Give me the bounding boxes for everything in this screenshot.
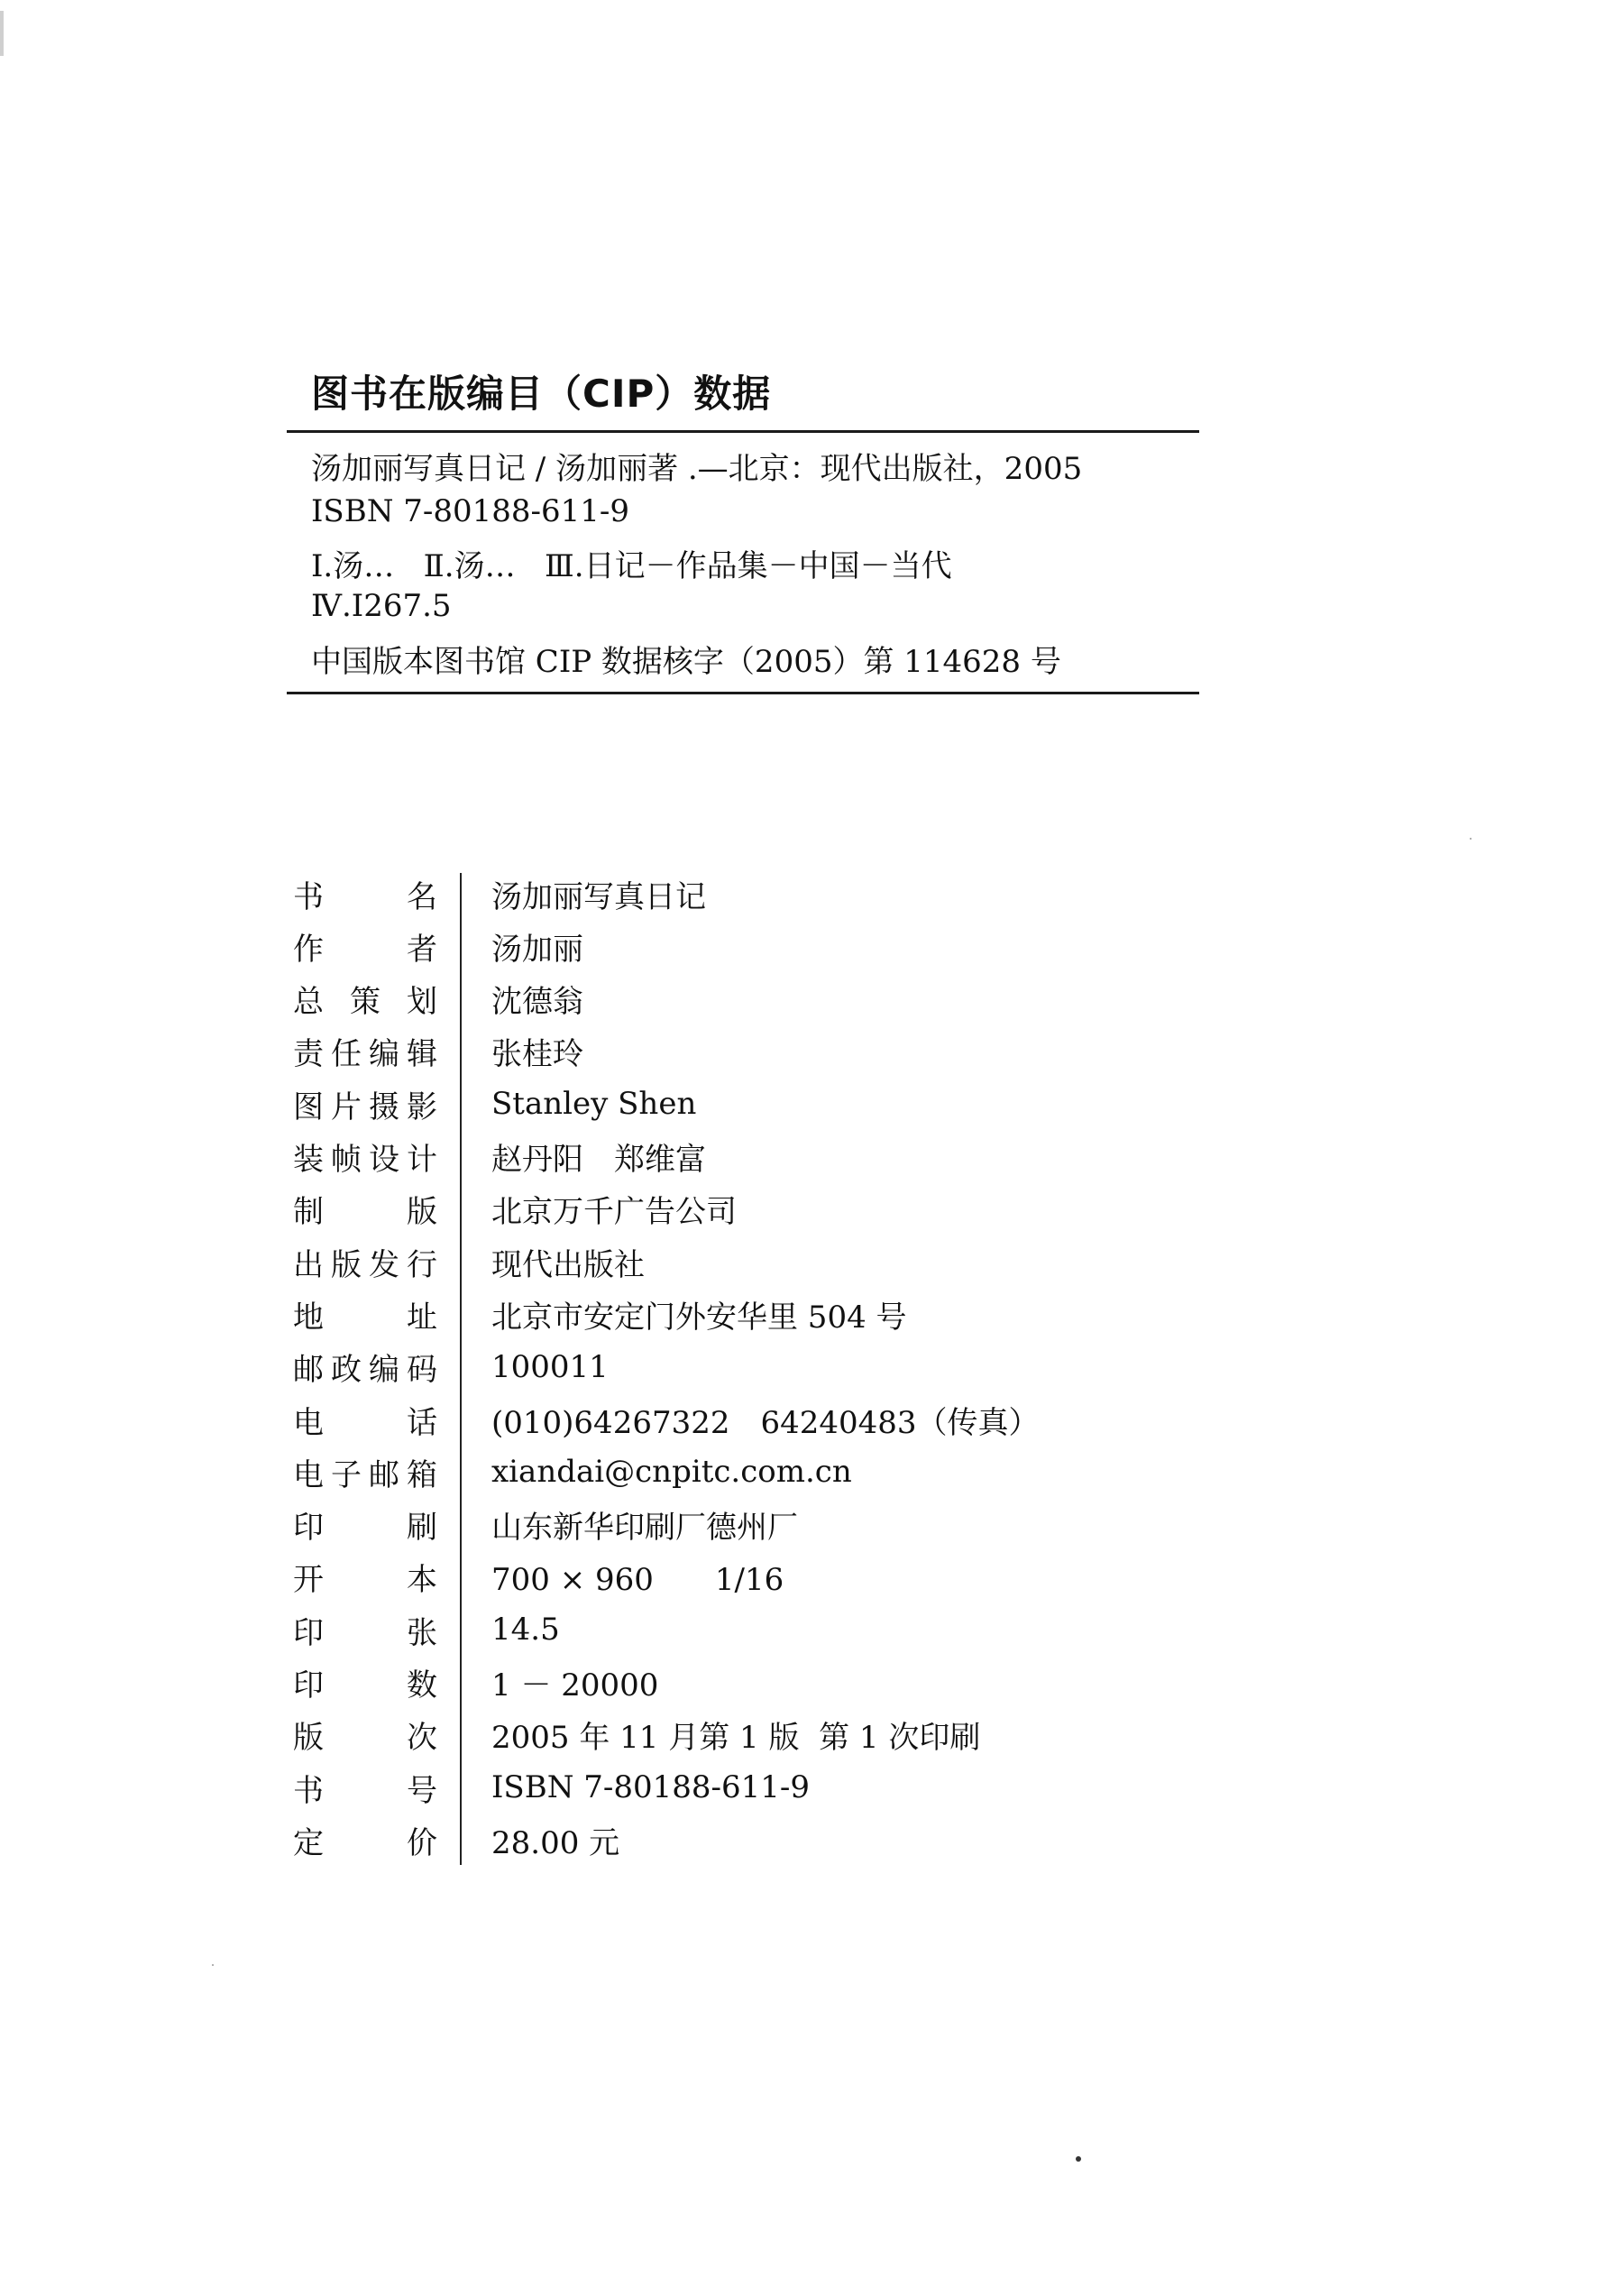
cip-line-classification: Ⅳ.I267.5 [311,588,452,624]
colophon-row: 印张14.5 [293,1603,437,1656]
colophon-value: 北京万千广告公司 [491,1187,737,1231]
colophon-value: (010)64267322 64240483（传真） [491,1398,1040,1442]
colophon-label: 出版发行 [293,1240,437,1284]
label-char: 码 [407,1345,437,1389]
colophon-value: xiandai@cnpitc.com.cn [491,1454,852,1490]
colophon-row: 印数1 － 20000 [293,1657,437,1709]
cip-bottom-rule [287,692,1199,694]
label-char: 出 [293,1240,324,1284]
colophon-row: 定价28.00 元 [293,1814,437,1866]
cip-line-title: 汤加丽写真日记 / 汤加丽著 .—北京：现代出版社，2005 [311,444,1082,488]
cip-line-subjects: Ⅰ.汤… Ⅱ.汤… Ⅲ.日记－作品集－中国－当代 [311,541,952,585]
label-char: 发 [369,1240,399,1284]
colophon-value: 沈德翁 [491,977,583,1021]
colophon-row: 邮政编码100011 [293,1341,437,1393]
colophon-value: 汤加丽写真日记 [491,872,706,916]
label-char: 版 [331,1240,362,1284]
colophon-value: 北京市安定门外安华里 504 号 [491,1292,907,1336]
label-char: 帧 [331,1134,362,1179]
label-char: 书 [293,1766,324,1810]
label-char: 价 [407,1818,437,1862]
label-char: 行 [407,1240,437,1284]
colophon-label: 作者 [293,924,437,969]
label-char: 印 [293,1608,324,1652]
cip-top-rule [287,430,1199,433]
label-char: 号 [407,1766,437,1810]
label-char: 地 [293,1292,324,1336]
colophon-label: 印刷 [293,1502,437,1547]
colophon-row: 书名汤加丽写真日记 [293,868,437,920]
colophon-label: 图片摄影 [293,1082,437,1126]
label-char: 编 [369,1029,399,1073]
label-char: 责 [293,1029,324,1073]
label-char: 图 [293,1082,324,1126]
colophon-value: Stanley Shen [491,1086,696,1122]
scan-speck [1470,838,1472,840]
label-char: 计 [407,1134,437,1179]
colophon-row: 地址北京市安定门外安华里 504 号 [293,1288,437,1340]
colophon-row: 图片摄影Stanley Shen [293,1078,437,1130]
colophon-value: 山东新华印刷厂德州厂 [491,1502,798,1547]
label-char: 划 [407,977,437,1021]
colophon-label: 装帧设计 [293,1134,437,1179]
colophon-row: 开本700 × 960 1/16 [293,1551,437,1603]
label-char: 编 [369,1345,399,1389]
label-char: 者 [407,924,437,969]
label-char: 电 [293,1398,324,1442]
colophon-label: 定价 [293,1818,437,1862]
label-char: 张 [407,1608,437,1652]
colophon-row: 印刷山东新华印刷厂德州厂 [293,1499,437,1551]
colophon-row: 责任编辑张桂玲 [293,1025,437,1078]
label-char: 任 [331,1029,362,1073]
label-char: 开 [293,1555,324,1599]
colophon-label: 印数 [293,1660,437,1704]
label-char: 片 [331,1082,362,1126]
colophon-label: 书号 [293,1766,437,1810]
colophon-row: 作者汤加丽 [293,920,437,972]
label-char: 书 [293,872,324,916]
colophon-row: 出版发行现代出版社 [293,1235,437,1288]
colophon-value: 700 × 960 1/16 [491,1555,784,1599]
colophon-divider [460,873,462,1865]
label-char: 邮 [369,1450,399,1494]
colophon-value: ISBN 7-80188-611-9 [491,1769,810,1805]
scan-speck [212,1964,214,1966]
label-char: 数 [407,1660,437,1704]
label-char: 定 [293,1818,324,1862]
label-char: 子 [331,1450,362,1494]
label-char: 印 [293,1502,324,1547]
colophon-value: 现代出版社 [491,1240,645,1284]
colophon-value: 2005 年 11 月第 1 版 第 1 次印刷 [491,1713,980,1757]
label-char: 摄 [369,1082,399,1126]
label-char: 装 [293,1134,324,1179]
label-char: 政 [331,1345,362,1389]
colophon-label: 书名 [293,872,437,916]
label-char: 影 [407,1082,437,1126]
label-char: 作 [293,924,324,969]
colophon-row: 制版北京万千广告公司 [293,1183,437,1235]
colophon-label: 电话 [293,1398,437,1442]
label-char: 辑 [407,1029,437,1073]
label-char: 印 [293,1660,324,1704]
label-char: 次 [407,1713,437,1757]
cip-line-isbn: ISBN 7-80188-611-9 [311,493,629,529]
label-char: 设 [369,1134,399,1179]
label-char: 话 [407,1398,437,1442]
colophon-label: 总策划 [293,977,437,1021]
colophon-value: 张桂玲 [491,1029,583,1073]
colophon-value: 28.00 元 [491,1818,619,1862]
colophon-label: 地址 [293,1292,437,1336]
colophon-row: 装帧设计赵丹阳 郑维富 [293,1131,437,1183]
label-char: 版 [407,1187,437,1231]
colophon-label: 责任编辑 [293,1029,437,1073]
colophon-label: 开本 [293,1555,437,1599]
scan-edge-mark [0,11,4,56]
colophon-row: 书号ISBN 7-80188-611-9 [293,1761,437,1814]
colophon-label: 制版 [293,1187,437,1231]
label-char: 制 [293,1187,324,1231]
colophon-label: 邮政编码 [293,1345,437,1389]
label-char: 邮 [293,1345,324,1389]
colophon-row: 总策划沈德翁 [293,973,437,1025]
scan-speck [1076,2156,1081,2162]
colophon-value: 汤加丽 [491,924,583,969]
label-char: 总 [293,977,324,1021]
colophon-value: 14.5 [491,1612,560,1648]
colophon-row: 电子邮箱xiandai@cnpitc.com.cn [293,1446,437,1498]
label-char: 址 [407,1292,437,1336]
cip-title: 图书在版编目（CIP）数据 [311,364,771,418]
colophon-value: 赵丹阳 郑维富 [491,1134,706,1179]
label-char: 电 [293,1450,324,1494]
label-char: 版 [293,1713,324,1757]
colophon-value: 1 － 20000 [491,1660,658,1704]
colophon-label: 电子邮箱 [293,1450,437,1494]
colophon-row: 版次2005 年 11 月第 1 版 第 1 次印刷 [293,1709,437,1761]
label-char: 策 [350,977,381,1021]
colophon-label: 印张 [293,1608,437,1652]
label-char: 本 [407,1555,437,1599]
colophon-label: 版次 [293,1713,437,1757]
label-char: 名 [407,872,437,916]
label-char: 刷 [407,1502,437,1547]
cip-line-record-number: 中国版本图书馆 CIP 数据核字（2005）第 114628 号 [311,637,1061,681]
label-char: 箱 [407,1450,437,1494]
colophon-value: 100011 [491,1349,609,1385]
colophon-row: 电话(010)64267322 64240483（传真） [293,1393,437,1446]
